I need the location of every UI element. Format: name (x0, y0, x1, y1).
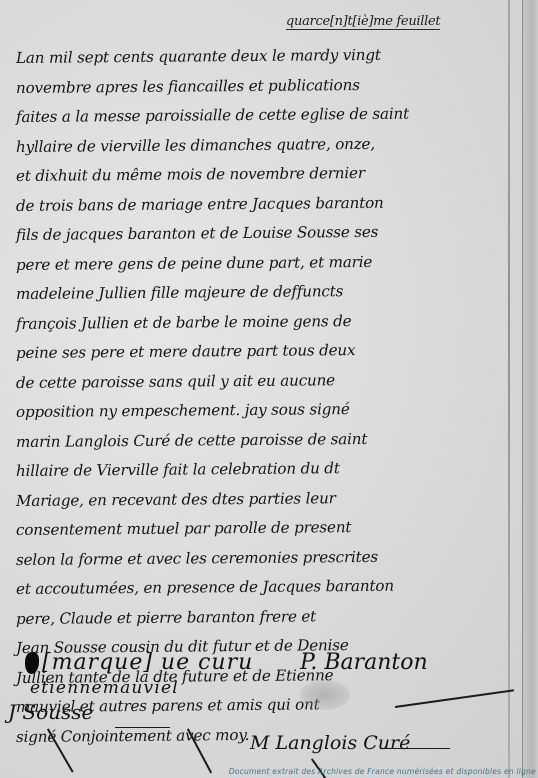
text-line: françois Jullien et de barbe le moine ge… (16, 305, 506, 339)
text-line: hyllaire de vierville les dimanches quat… (16, 128, 506, 162)
text-line: de cette paroisse sans quil y ait eu auc… (16, 364, 506, 398)
margin-rule (508, 0, 510, 778)
paraph-stroke (115, 727, 170, 728)
text-line: et dixhuit du même mois de novembre dern… (16, 158, 506, 192)
folio-note: quarce[n]t[iè]me feuillet (286, 14, 440, 30)
page-binding-edge (522, 0, 538, 778)
text-line: Lan mil sept cents quarante deux le mard… (16, 40, 506, 74)
text-line: fils de jacques baranton et de Louise So… (16, 217, 506, 251)
text-line: opposition ny empeschement. jay sous sig… (16, 394, 506, 428)
signature-p-baranton: P. Baranton (300, 650, 428, 675)
signature-mark-curu: [marque] ue curu (22, 650, 253, 675)
text-line: selon la forme et avec les ceremonies pr… (16, 541, 506, 575)
text-line: consentement mutuel par parolle de prese… (16, 512, 506, 546)
text-line: marin Langlois Curé de cette paroisse de… (16, 423, 506, 457)
text-line: hillaire de Vierville fait la celebratio… (16, 453, 506, 487)
text-line: novembre apres les fiancailles et public… (16, 69, 506, 103)
text-line: de trois bans de mariage entre Jacques b… (16, 187, 506, 221)
signature-j-sousse: J Sousse (8, 700, 93, 724)
text-line: madeleine Jullien fille majeure de deffu… (16, 276, 506, 310)
text-line: pere et mere gens de peine dune part, et… (16, 246, 506, 280)
ink-blot (25, 652, 39, 674)
paraph-stroke (380, 748, 450, 749)
text-line: Mariage, en recevant des dtes parties le… (16, 482, 506, 516)
register-page: quarce[n]t[iè]me feuillet Lan mil sept c… (0, 0, 538, 778)
text-line: et accoutumées, en presence de Jacques b… (16, 571, 506, 605)
record-text: Lan mil sept cents quarante deux le mard… (16, 44, 506, 752)
text-line: peine ses pere et mere dautre part tous … (16, 335, 506, 369)
signature-langlois-cure: M Langlois Curé (250, 732, 410, 754)
text-line: pere, Claude et pierre baranton frere et (16, 600, 506, 634)
ink-smudge (300, 680, 350, 710)
signature-etienne-mauviel: etiennemauviel (30, 678, 179, 698)
text-line: faites a la messe paroissialle de cette … (16, 99, 506, 133)
archive-watermark: Document extrait des Archives de France … (229, 767, 536, 776)
